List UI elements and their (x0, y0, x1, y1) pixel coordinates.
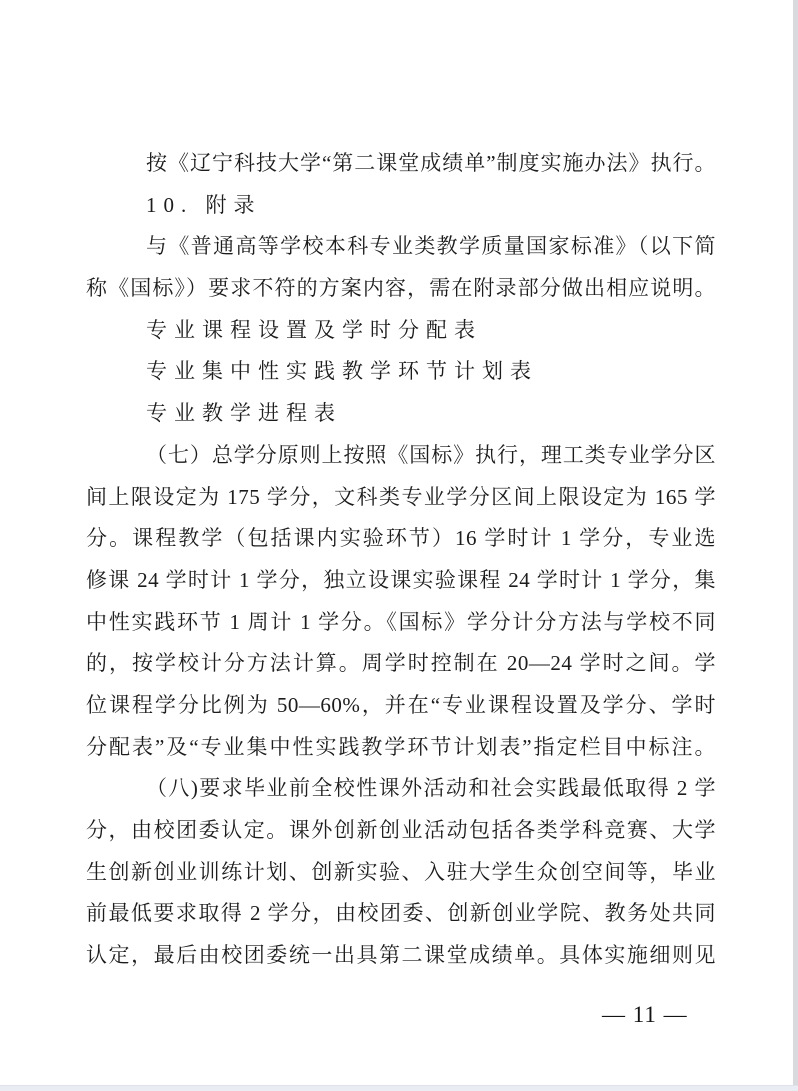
text-line: 修课 24 学时计 1 学分，独立设课实验课程 24 学时计 1 学分，集 (86, 560, 716, 602)
text-line: 专业教学进程表 (86, 393, 716, 435)
text-line: 前最低要求取得 2 学分，由校团委、创新创业学院、教务处共同 (86, 893, 716, 935)
text-line: 的，按学校计分方法计算。周学时控制在 20—24 学时之间。学 (86, 643, 716, 685)
text-line: 位课程学分比例为 50—60%，并在“专业课程设置及学分、学时 (86, 685, 716, 727)
text-line: 按《辽宁科技大学“第二课堂成绩单”制度实施办法》执行。 (86, 143, 716, 185)
text-line: 10. 附录 (86, 185, 716, 227)
page-edge-bottom (0, 1085, 798, 1091)
text-line: 中性实践环节 1 周计 1 学分。《国标》学分计分方法与学校不同 (86, 602, 716, 644)
text-line: 专业课程设置及学时分配表 (86, 310, 716, 352)
text-line: 间上限设定为 175 学分，文科类专业学分区间上限设定为 165 学 (86, 477, 716, 519)
text-line: 认定，最后由校团委统一出具第二课堂成绩单。具体实施细则见 (86, 935, 716, 977)
document-body: 按《辽宁科技大学“第二课堂成绩单”制度实施办法》执行。10. 附录与《普通高等学… (86, 143, 716, 977)
text-line: 与《普通高等学校本科专业类教学质量国家标准》（以下简 (86, 226, 716, 268)
page-edge-right (793, 0, 798, 1091)
text-line: （八)要求毕业前全校性课外活动和社会实践最低取得 2 学 (86, 768, 716, 810)
text-line: 称《国标》）要求不符的方案内容，需在附录部分做出相应说明。 (86, 268, 716, 310)
text-line: 分，由校团委认定。课外创新创业活动包括各类学科竞赛、大学 (86, 810, 716, 852)
document-page: 按《辽宁科技大学“第二课堂成绩单”制度实施办法》执行。10. 附录与《普通高等学… (0, 0, 798, 1091)
text-line: 分。课程教学（包括课内实验环节）16 学时计 1 学分，专业选 (86, 518, 716, 560)
text-line: 专业集中性实践教学环节计划表 (86, 351, 716, 393)
text-line: 分配表”及“专业集中性实践教学环节计划表”指定栏目中标注。 (86, 727, 716, 769)
text-line: （七）总学分原则上按照《国标》执行，理工类专业学分区 (86, 435, 716, 477)
text-line: 生创新创业训练计划、创新实验、入驻大学生众创空间等，毕业 (86, 852, 716, 894)
page-number: — 11 — (602, 997, 692, 1033)
